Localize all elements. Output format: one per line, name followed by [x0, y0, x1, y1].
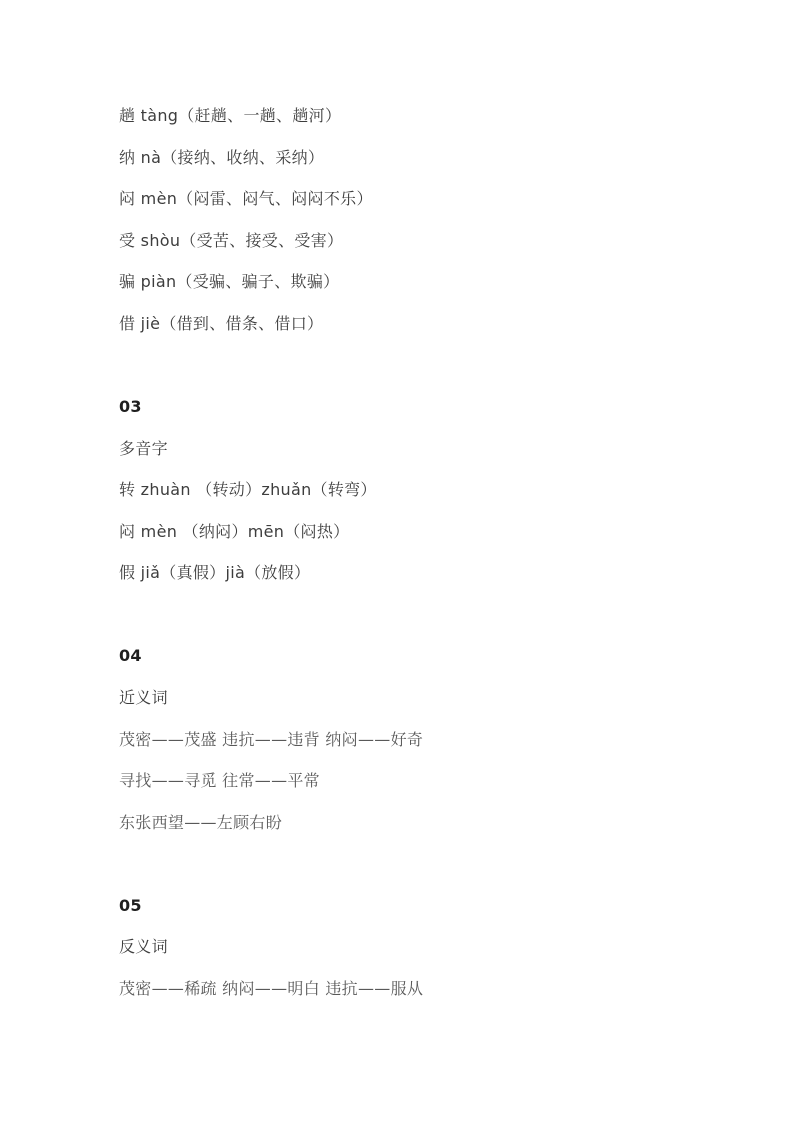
polyphone-entry-jia: 假 jiǎ（真假）jià（放假） — [119, 552, 733, 594]
word-entry-pian: 骗 piàn（受骗、骗子、欺骗） — [119, 261, 733, 303]
section-title-synonyms: 近义词 — [119, 677, 733, 719]
synonym-pairs-line-2: 寻找——寻觅 往常——平常 — [119, 760, 733, 802]
word-entry-men: 闷 mèn（闷雷、闷气、闷闷不乐） — [119, 178, 733, 220]
antonym-pairs-line-1: 茂密——稀疏 纳闷——明白 违抗——服从 — [119, 968, 733, 1010]
synonym-pairs-line-1: 茂密——茂盛 违抗——违背 纳闷——好奇 — [119, 719, 733, 761]
word-entry-tang: 趟 tàng（赶趟、一趟、趟河） — [119, 95, 733, 137]
section-title-polyphones: 多音字 — [119, 428, 733, 470]
section-number-05: 05 — [119, 885, 733, 927]
polyphone-entry-men: 闷 mèn （纳闷）mēn（闷热） — [119, 511, 733, 553]
word-entry-jie: 借 jiè（借到、借条、借口） — [119, 303, 733, 345]
polyphone-entry-zhuan: 转 zhuàn （转动）zhuǎn（转弯） — [119, 469, 733, 511]
section-title-antonyms: 反义词 — [119, 926, 733, 968]
section-number-03: 03 — [119, 386, 733, 428]
section-number-04: 04 — [119, 635, 733, 677]
word-entry-na: 纳 nà（接纳、收纳、采纳） — [119, 137, 733, 179]
synonym-pairs-line-3: 东张西望——左顾右盼 — [119, 802, 733, 844]
document-page: 趟 tàng（赶趟、一趟、趟河） 纳 nà（接纳、收纳、采纳） 闷 mèn（闷雷… — [0, 0, 793, 1122]
word-entry-shou: 受 shòu（受苦、接受、受害） — [119, 220, 733, 262]
